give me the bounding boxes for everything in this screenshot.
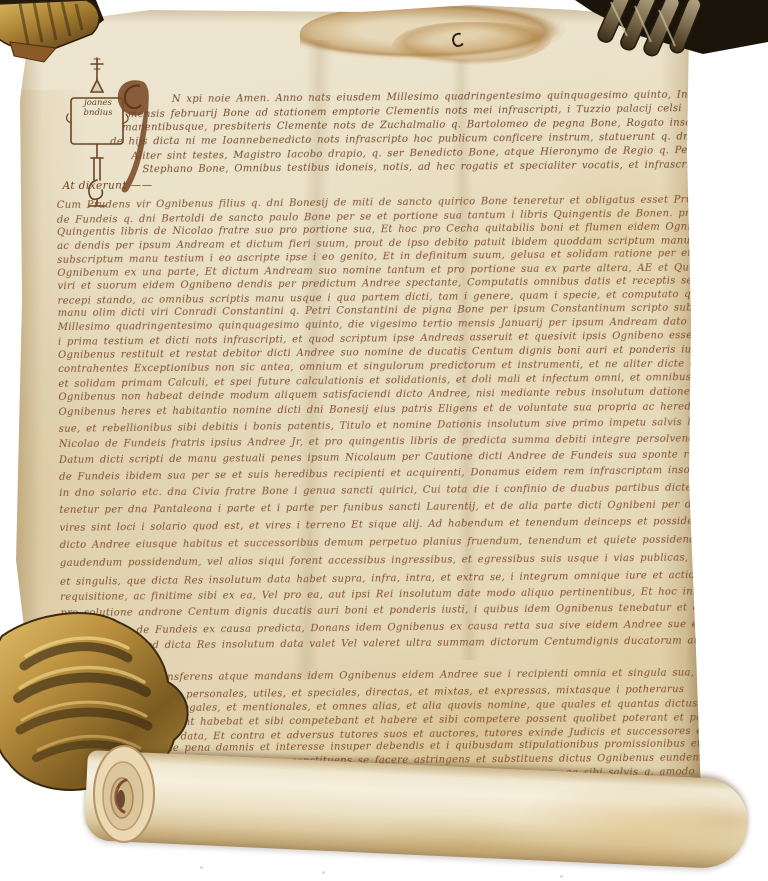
manuscript-line: dicto Andree eiusque habitus et successo… [60, 534, 768, 551]
manuscript-photo: joanes bndius At dixerunt —— N xpi noie … [0, 0, 768, 881]
manuscript-line: sue, et rebellionibus sibi debitis i bon… [59, 416, 740, 434]
background-speck [200, 866, 203, 869]
manuscript-line: in dno solario etc. dna Civia fratre Bon… [59, 481, 768, 499]
background-speck [560, 875, 563, 878]
manuscript-line: de Fundeis ibidem sua per se et suis her… [59, 464, 760, 483]
manuscript-line: et singulis, que dicta Res insolutum dat… [60, 569, 762, 588]
manuscript-line: tenetur per dna Pantaleona i parte et i … [59, 498, 768, 516]
manuscript-line: requisitione, ac finitime sibi ex ea, Ve… [60, 586, 752, 603]
manuscript-line: vires sint loci i solario quod est, et v… [60, 515, 768, 534]
bronze-clamp-top-right [545, 0, 768, 72]
manuscript-line: Nicolao de Fundeis fratris ipsius Andree… [59, 433, 704, 450]
background-speck [322, 871, 325, 874]
roll-end-spiral [92, 744, 156, 844]
manuscript-line: Datum dicti scripti de manu gestuali pen… [59, 449, 722, 466]
brass-clamp-top-left [0, 0, 110, 66]
manuscript-line: At dixerunt —— [63, 179, 153, 192]
manuscript-line: gaudendum possidendum, vel alios siqui f… [60, 552, 767, 569]
manuscript-line: Ognibenus heres et habitantio nomine dic… [59, 401, 754, 418]
